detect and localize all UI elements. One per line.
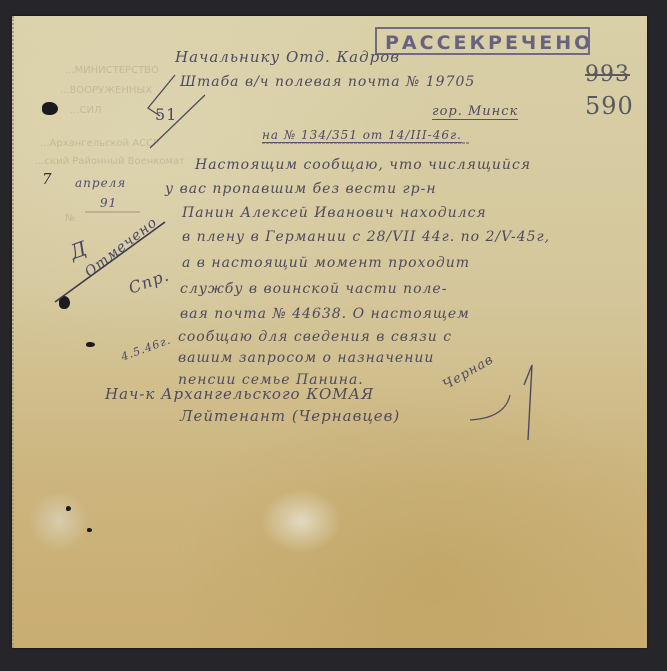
pen-strokes (0, 0, 667, 671)
